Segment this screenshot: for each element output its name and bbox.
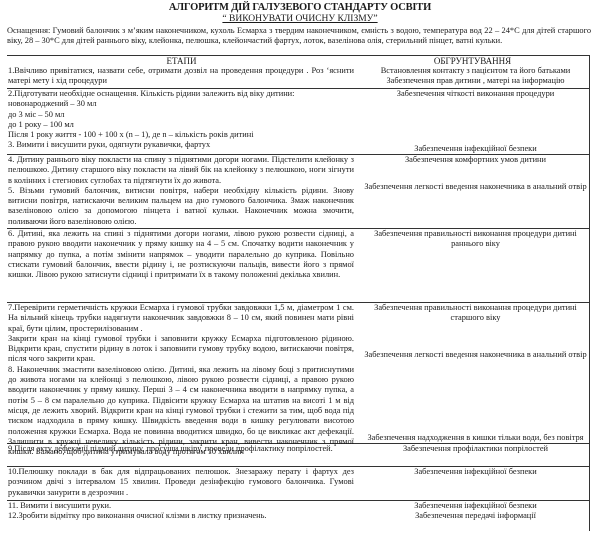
- rationale-text: Забезпечення легкості введення наконечни…: [362, 350, 589, 360]
- table-row: 10.Пелюшку поклади в бак для відпрацьова…: [7, 467, 589, 501]
- header-rationale: ОБГРУНТУВАННЯ: [356, 56, 589, 66]
- step-cell: 7.Перевірити герметичність кружки Есмарх…: [7, 303, 356, 443]
- step-text: 11. Вимити і висушити руки.: [8, 501, 354, 511]
- table-body: 1.Ввічливо привітатися, назвати себе, от…: [7, 66, 589, 531]
- rationale-text: Забезпечення комфортних умов дитини: [362, 155, 589, 165]
- table-header: ЕТАПИ ОБГРУНТУВАННЯ: [7, 56, 589, 66]
- step-text: 12.Зробити відмітку про виконання очисно…: [8, 511, 354, 521]
- rationale-text: Забезпечення профілактики попрілостей: [362, 444, 589, 454]
- rationale-text: Забезпечення надходження в кишки тільки …: [362, 433, 589, 443]
- rationale-text: Забезпечення інфекційної безпеки: [362, 144, 589, 154]
- step-cell: 2.Підготувати необхідне оснащення. Кільк…: [7, 89, 356, 154]
- rationale-text: Забезпечення передачі інформації: [362, 511, 589, 521]
- rationale-cell: Забезпечення профілактики попрілостей: [356, 444, 589, 466]
- step-text: Після 1 року життя - 100 + 100 х (n – 1)…: [8, 130, 354, 140]
- rationale-text: Забезпечення легкості введення наконечни…: [362, 182, 589, 192]
- rationale-cell: Забезпечення комфортних умов дитиниЗабез…: [356, 155, 589, 228]
- step-text: до 1 року – 100 мл: [8, 120, 354, 130]
- table-row: 7.Перевірити герметичність кружки Есмарх…: [7, 303, 589, 444]
- table-row: 4. Дитину раннього віку покласти на спин…: [7, 155, 589, 229]
- rationale-cell: Забезпечення інфекційної безпекиЗабезпеч…: [356, 501, 589, 531]
- step-text: 7.Перевірити герметичність кружки Есмарх…: [8, 303, 354, 334]
- rationale-cell: Встановлення контакту з пацієнтом та йог…: [356, 66, 589, 88]
- step-text: Закрити кран на кінці гумової трубки і з…: [8, 334, 354, 365]
- procedure-table: ЕТАПИ ОБГРУНТУВАННЯ 1.Ввічливо привітати…: [7, 55, 590, 531]
- rationale-cell: Забезпечення інфекційної безпеки: [356, 467, 589, 500]
- step-cell: 9.Після акту дефекації підмий дитину, пр…: [7, 444, 356, 466]
- step-text: 1.Ввічливо привітатися, назвати себе, от…: [8, 66, 354, 87]
- table-row: 6. Дитині, яка лежить на спині з підняти…: [7, 229, 589, 303]
- step-text: до 3 міс – 50 мл: [8, 110, 354, 120]
- rationale-text: Забезпечення інфекційної безпеки: [362, 467, 589, 477]
- document-title: АЛГОРИТМ ДІЙ ГАЛУЗЕВОГО СТАНДАРТУ ОСВІТИ: [0, 2, 600, 13]
- table-row: 9.Після акту дефекації підмий дитину, пр…: [7, 444, 589, 467]
- step-cell: 6. Дитині, яка лежить на спині з підняти…: [7, 229, 356, 302]
- rationale-cell: Забезпечення чіткості виконання процедур…: [356, 89, 589, 154]
- step-text: 2.Підготувати необхідне оснащення. Кільк…: [8, 89, 354, 99]
- step-text: 10.Пелюшку поклади в бак для відпрацьова…: [8, 467, 354, 498]
- step-text: новонароджений – 30 мл: [8, 99, 354, 109]
- equipment-paragraph: Оснащення: Гумовий балончик з м’яким нак…: [7, 26, 591, 46]
- step-text: 3. Вимити і висушити руки, одягнути рука…: [8, 140, 354, 150]
- rationale-cell: Забезпечення правильності виконання проц…: [356, 303, 589, 443]
- step-text: 6. Дитині, яка лежить на спині з підняти…: [8, 229, 354, 280]
- table-row: 11. Вимити і висушити руки.12.Зробити ві…: [7, 501, 589, 531]
- table-row: 1.Ввічливо привітатися, назвати себе, от…: [7, 66, 589, 89]
- rationale-text: Забезпечення правильності виконання проц…: [362, 229, 589, 250]
- rationale-text: Встановлення контакту з пацієнтом та йог…: [362, 66, 589, 76]
- rationale-cell: Забезпечення правильності виконання проц…: [356, 229, 589, 302]
- step-text: 4. Дитину раннього віку покласти на спин…: [8, 155, 354, 186]
- step-text: 5. Візьми гумовий балончик, витисни пові…: [8, 186, 354, 227]
- rationale-text: Забезпечення прав дитини , матері на інф…: [362, 76, 589, 86]
- step-cell: 10.Пелюшку поклади в бак для відпрацьова…: [7, 467, 356, 500]
- rationale-text: Забезпечення правильності виконання проц…: [362, 303, 589, 324]
- step-text: 9.Після акту дефекації підмий дитину, пр…: [8, 444, 354, 454]
- rationale-text: Забезпечення чіткості виконання процедур…: [362, 89, 589, 99]
- document-page: АЛГОРИТМ ДІЙ ГАЛУЗЕВОГО СТАНДАРТУ ОСВІТИ…: [0, 0, 600, 559]
- step-cell: 11. Вимити і висушити руки.12.Зробити ві…: [7, 501, 356, 531]
- header-steps: ЕТАПИ: [7, 56, 356, 66]
- document-subtitle: “ ВИКОНУВАТИ ОЧИСНУ КЛІЗМУ”: [0, 14, 600, 24]
- step-cell: 4. Дитину раннього віку покласти на спин…: [7, 155, 356, 228]
- table-row: 2.Підготувати необхідне оснащення. Кільк…: [7, 89, 589, 155]
- rationale-text: Забезпечення інфекційної безпеки: [362, 501, 589, 511]
- step-cell: 1.Ввічливо привітатися, назвати себе, от…: [7, 66, 356, 88]
